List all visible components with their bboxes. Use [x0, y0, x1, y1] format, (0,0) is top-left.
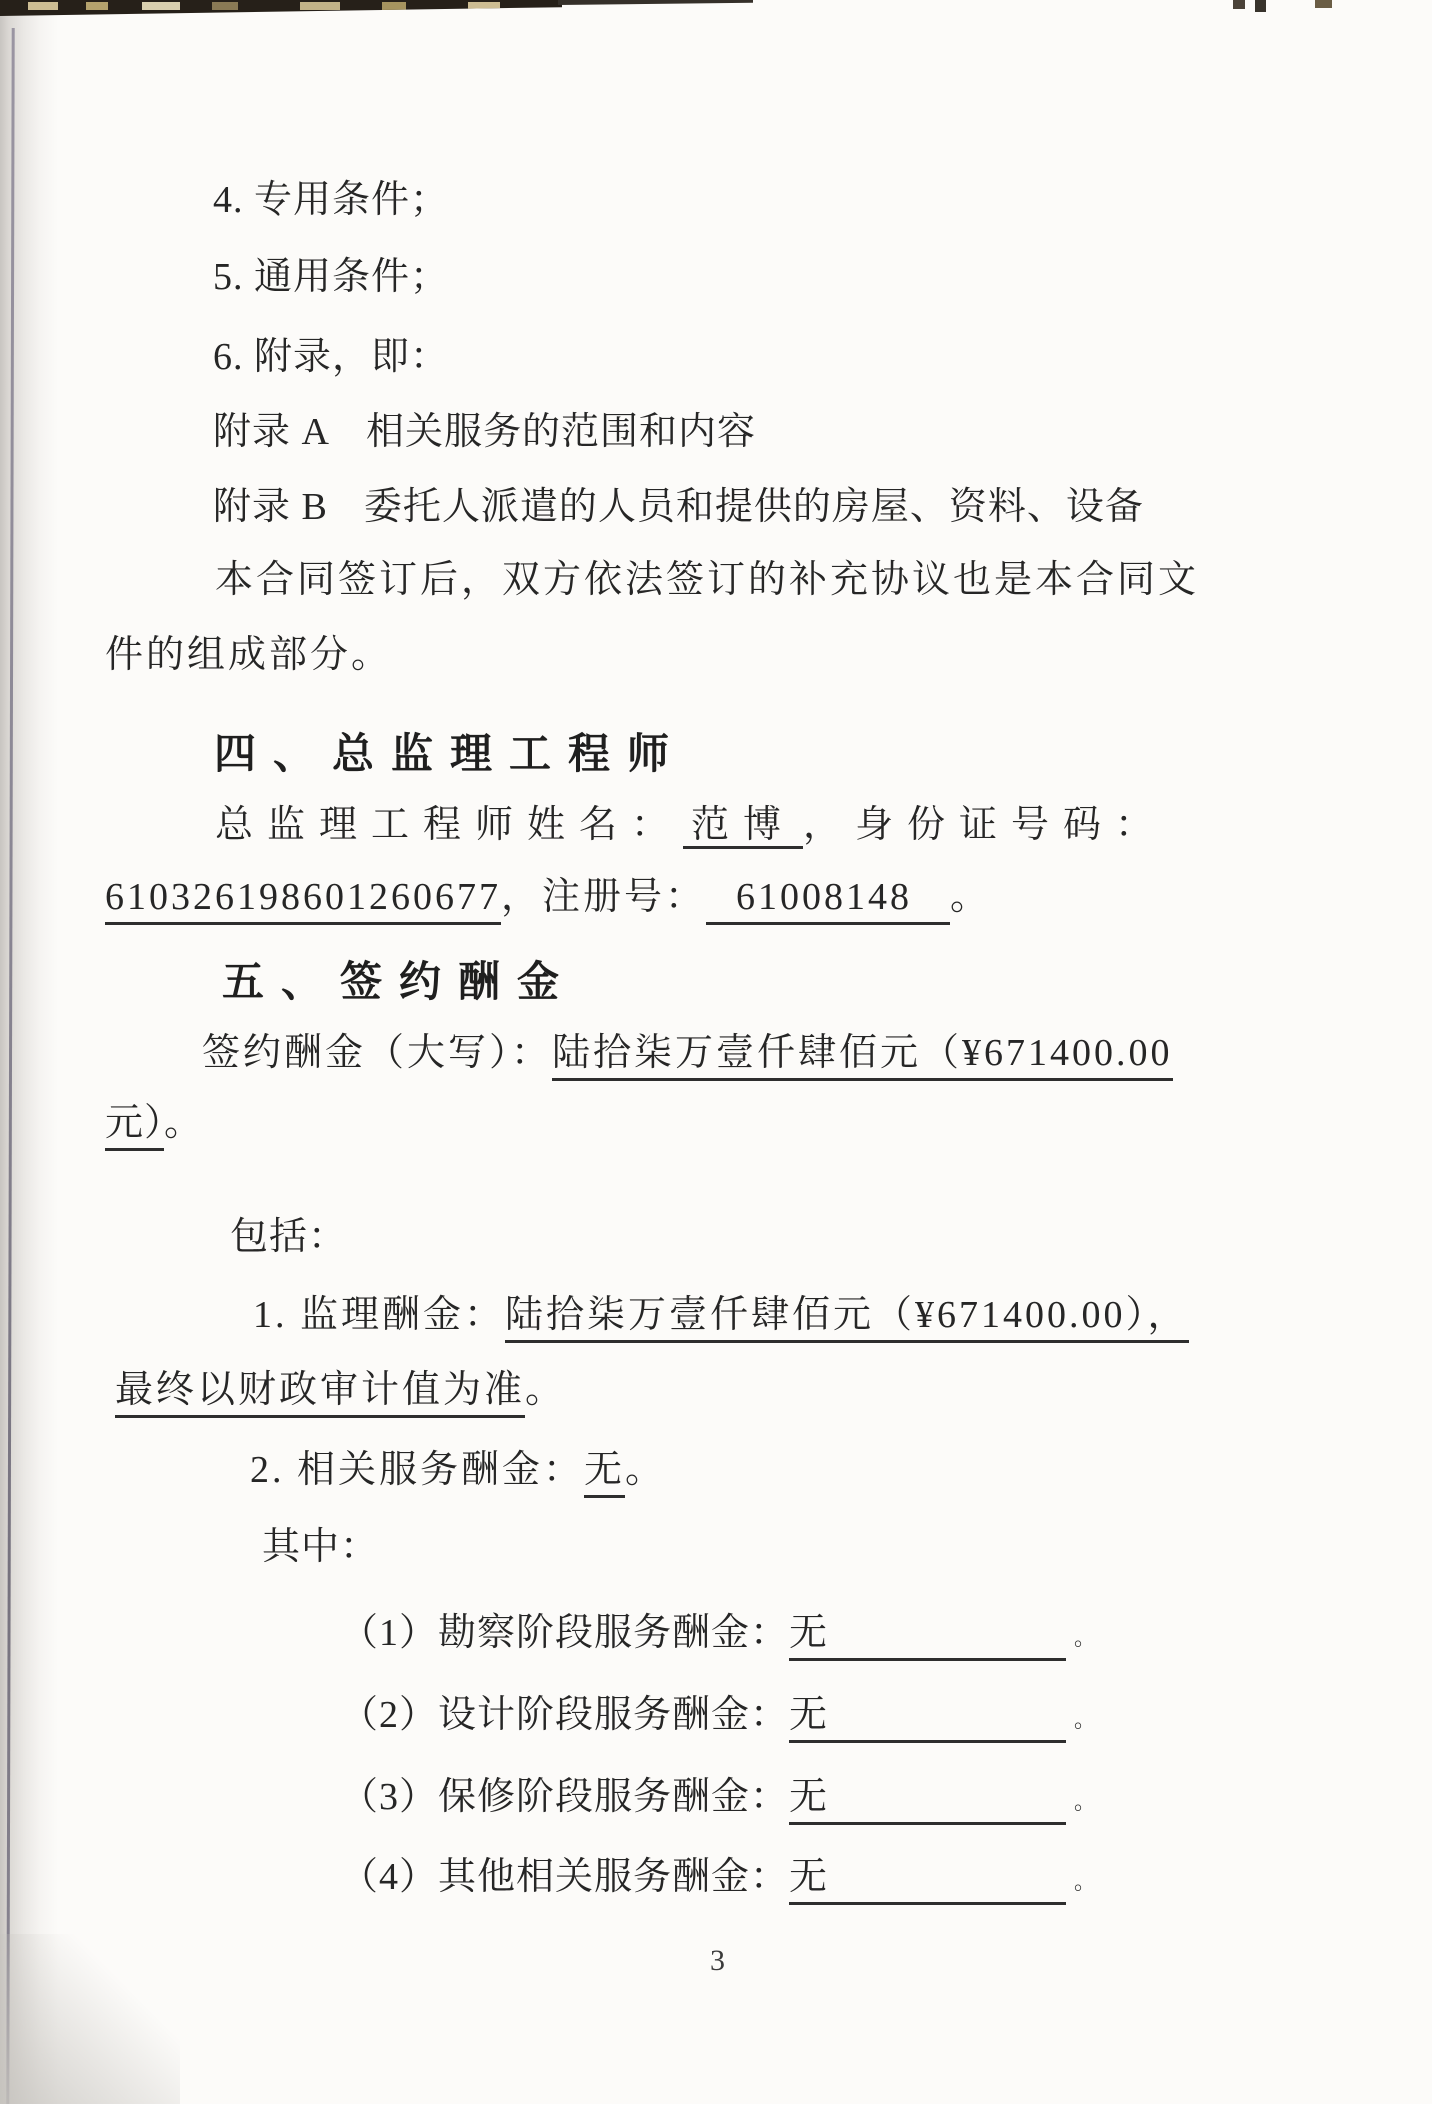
period: 。	[164, 1102, 203, 1144]
amount-in-words-value: 陆拾柒万壹仟肆佰元（¥671400.00	[552, 1032, 1173, 1081]
related-service-fee-line: 2. 相关服务酬金：无。	[250, 1447, 666, 1495]
period: 。	[1074, 1707, 1097, 1732]
audit-note-value: 最终以财政审计值为准	[115, 1369, 525, 1418]
among-label: 其中：	[262, 1526, 379, 1568]
id-label: ，身份证号码：	[803, 804, 1167, 846]
period: 。	[950, 876, 991, 918]
section-5-heading-text: 五、签约酬金	[222, 957, 576, 1006]
sub-item-1-value: 无	[789, 1612, 828, 1654]
list-item-4: 4. 专用条件；	[213, 177, 449, 225]
blank-underline	[828, 1689, 1066, 1727]
sub-item-1-survey-fee: （1）勘察阶段服务酬金：无。	[340, 1607, 1097, 1658]
supplement-paragraph-line2: 件的组成部分。	[105, 632, 392, 680]
among-label-line: 其中：	[262, 1524, 379, 1572]
name-label: 总监理工程师姓名：	[215, 804, 683, 846]
binding-page-edge	[28, 2, 58, 10]
scan-binding-strip	[0, 0, 562, 16]
sub-item-2-design-fee: （2）设计阶段服务酬金：无。	[340, 1689, 1097, 1740]
sub-item-3-warranty-fee: （3）保修阶段服务酬金：无。	[340, 1771, 1097, 1822]
blank-underline	[828, 1851, 1066, 1889]
sub-item-3-value: 无	[789, 1776, 828, 1818]
sub-item-4-value: 无	[789, 1856, 828, 1898]
include-label: 包括：	[230, 1216, 347, 1258]
scan-binding-strip-thin	[558, 0, 753, 5]
list-item-5: 5. 通用条件；	[213, 254, 449, 302]
chief-engineer-id-line: 610326198601260677，注册号：61008148。	[105, 874, 991, 922]
section-4-heading-text: 四、总监理工程师	[214, 729, 686, 778]
blank-underline	[828, 1607, 1066, 1645]
sub-item-1-label: （1）勘察阶段服务酬金：	[340, 1612, 789, 1654]
period: 。	[1074, 1625, 1097, 1650]
chief-engineer-name-value: 范博	[683, 804, 803, 849]
appendix-a-line: 附录 A相关服务的范围和内容	[213, 409, 756, 457]
page-number: 3	[710, 1942, 725, 1980]
period: 。	[1074, 1789, 1097, 1814]
id-number-value: 610326198601260677	[105, 876, 501, 925]
amount-in-words-tail: 元）	[105, 1102, 164, 1151]
list-item-6-text: 6. 附录，即：	[213, 336, 449, 378]
page-number-text: 3	[710, 1944, 725, 1977]
chief-engineer-name-line: 总监理工程师姓名：范博，身份证号码：	[215, 802, 1167, 850]
period: 。	[525, 1369, 566, 1411]
include-label-line: 包括：	[230, 1214, 347, 1262]
supervision-fee-line1: 1. 监理酬金：陆拾柒万壹仟肆佰元（¥671400.00），	[253, 1292, 1189, 1340]
appendix-b-title: 委托人派遣的人员和提供的房屋、资料、设备	[364, 486, 1144, 528]
registration-label: ，注册号：	[501, 876, 706, 918]
appendix-a-title: 相关服务的范围和内容	[366, 411, 756, 453]
supplement-text-2: 件的组成部分。	[105, 634, 392, 676]
related-service-fee-label: 2. 相关服务酬金：	[250, 1449, 584, 1491]
sub-item-3-fill: 无	[789, 1776, 1066, 1825]
scan-top-mark	[1255, 0, 1266, 12]
list-item-6: 6. 附录，即：	[213, 334, 449, 382]
sub-item-4-label: （4）其他相关服务酬金：	[340, 1856, 789, 1898]
binding-page-edge	[86, 2, 108, 10]
sub-item-2-value: 无	[789, 1694, 828, 1736]
amount-label: 签约酬金（大写）：	[202, 1032, 552, 1074]
supplement-text-1: 本合同签订后，双方依法签订的补充协议也是本合同文	[215, 559, 1199, 601]
sub-item-1-fill: 无	[789, 1612, 1066, 1661]
sub-item-4-other-fee: （4）其他相关服务酬金：无。	[340, 1851, 1097, 1902]
contract-amount-line2: 元）。	[105, 1100, 203, 1148]
sub-item-2-label: （2）设计阶段服务酬金：	[340, 1694, 789, 1736]
supplement-paragraph-line1: 本合同签订后，双方依法签订的补充协议也是本合同文	[215, 557, 1199, 605]
binding-page-edge	[142, 2, 180, 10]
scan-top-mark	[1233, 0, 1245, 9]
sub-item-3-label: （3）保修阶段服务酬金：	[340, 1776, 789, 1818]
appendix-b-label: 附录 B	[213, 486, 328, 528]
binding-page-edge	[468, 2, 500, 10]
period: 。	[1074, 1869, 1097, 1894]
appendix-b-line: 附录 B委托人派遣的人员和提供的房屋、资料、设备	[213, 484, 1144, 532]
binding-page-edge	[212, 2, 238, 10]
list-item-5-text: 5. 通用条件；	[213, 256, 449, 298]
appendix-a-label: 附录 A	[213, 411, 330, 453]
binding-page-edge	[300, 2, 340, 10]
section-4-heading: 四、总监理工程师	[214, 728, 686, 781]
supervision-fee-value: 陆拾柒万壹仟肆佰元（¥671400.00），	[505, 1294, 1189, 1343]
registration-number-value: 61008148	[706, 876, 950, 925]
contract-amount-line1: 签约酬金（大写）：陆拾柒万壹仟肆佰元（¥671400.00	[202, 1030, 1173, 1078]
section-5-heading: 五、签约酬金	[222, 956, 576, 1009]
period: 。	[625, 1449, 666, 1491]
sub-item-2-fill: 无	[789, 1694, 1066, 1743]
supervision-fee-label: 1. 监理酬金：	[253, 1294, 505, 1336]
binding-page-edge	[382, 2, 406, 10]
scan-bottom-left-shadow	[0, 1934, 180, 2104]
list-item-4-text: 4. 专用条件；	[213, 179, 449, 221]
sub-item-4-fill: 无	[789, 1856, 1066, 1905]
blank-underline	[828, 1771, 1066, 1809]
document-page: 4. 专用条件； 5. 通用条件； 6. 附录，即： 附录 A相关服务的范围和内…	[0, 0, 1432, 2104]
related-service-fee-value: 无	[584, 1449, 625, 1498]
supervision-fee-line2: 最终以财政审计值为准。	[115, 1367, 566, 1415]
scan-top-mark	[1315, 0, 1332, 8]
